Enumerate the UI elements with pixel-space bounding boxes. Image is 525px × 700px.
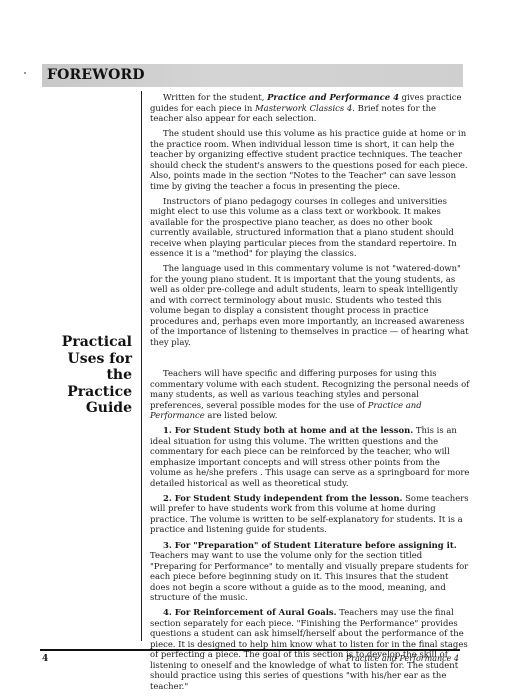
body-text: Written for the student, Practice and Pe…: [150, 92, 470, 696]
use-item: 2. For Student Study independent from th…: [150, 493, 470, 535]
use-item-text: Teachers may want to use the volume only…: [150, 550, 468, 602]
text-run: Written for the student,: [163, 92, 267, 102]
use-item: 1. For Student Study both at home and at…: [150, 425, 470, 488]
page-number: 4: [42, 654, 48, 664]
column-divider: [141, 91, 142, 641]
paragraph: Teachers will have specific and differin…: [150, 368, 470, 421]
footer-rule: [40, 649, 460, 651]
use-item-heading: 3. For "Preparation" of Student Literatu…: [163, 540, 457, 550]
use-item: 3. For "Preparation" of Student Literatu…: [150, 540, 470, 603]
paragraph: The student should use this volume as hi…: [150, 128, 470, 191]
use-item-heading: 4. For Reinforcement of Aural Goals.: [163, 607, 337, 617]
side-heading: Practical Uses for the Practice Guide: [40, 334, 132, 417]
side-heading-line: Uses for the: [40, 351, 132, 384]
use-item-heading: 1. For Student Study both at home and at…: [163, 425, 413, 435]
side-heading-line: Guide: [40, 400, 132, 417]
scan-speck: [24, 72, 26, 74]
text-run: are listed below.: [205, 410, 278, 420]
section-title: FOREWORD: [47, 67, 145, 83]
side-heading-line: Practice: [40, 384, 132, 401]
paragraph: Written for the student, Practice and Pe…: [150, 92, 470, 124]
paragraph: The language used in this commentary vol…: [150, 263, 470, 347]
running-title: Practice and Performance 4: [346, 654, 459, 663]
paragraph: Instructors of piano pedagogy courses in…: [150, 196, 470, 259]
use-item-heading: 2. For Student Study independent from th…: [163, 493, 402, 503]
book-title: Masterwork Classics 4: [255, 103, 352, 113]
side-heading-line: Practical: [40, 334, 132, 351]
book-title: Practice and Performance 4: [267, 92, 399, 102]
